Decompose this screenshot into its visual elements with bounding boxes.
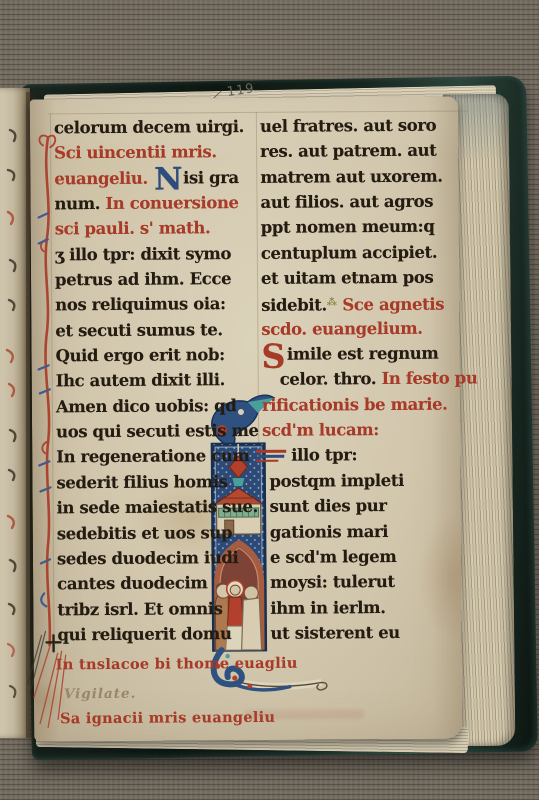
text-line: aut filios. aut agros (260, 189, 460, 216)
text-line: et uitam etnam pos (261, 265, 461, 292)
text-segment: Sce agnetis (337, 295, 444, 315)
text-line: uel fratres. aut soro (260, 112, 460, 139)
text-line: et secuti sumus te. (55, 317, 259, 344)
text-line: rificationis be marie. (262, 391, 462, 418)
text-line: qui reliquerit domu (57, 621, 261, 648)
manuscript-page: celorum decem uirgi.Sci uincentii mris.e… (30, 97, 462, 742)
text-segment: petrus ad ihm. Ecce (55, 269, 231, 289)
text-segment: Sci uincentii mris. (54, 143, 217, 163)
text-segment: centuplum accipiet. (261, 242, 437, 262)
text-segment: num. (54, 194, 105, 213)
text-line: sedebitis et uos sup (57, 519, 261, 546)
text-segment: et uitam etnam pos (261, 268, 433, 288)
text-line: cantes duodecim (57, 570, 261, 597)
text-segment: Ihc autem dixit illi. (56, 371, 225, 391)
text-line: Simile est regnum (261, 341, 461, 368)
text-segment: tribz isrl. Et omnis (57, 599, 222, 619)
text-line: Quid ergo erit nob: (55, 342, 259, 369)
text-line: celor. thro. In festo pu (262, 366, 462, 393)
text-segment: postqm impleti (269, 471, 404, 491)
text-segment: rificationis be marie. (262, 394, 448, 414)
text-segment: scd'm lucam: (262, 420, 379, 440)
text-line: moysi: tulerut (263, 569, 463, 596)
text-line: sidebit.⁂ Sce agnetis (261, 290, 461, 317)
text-line: nos reliquimus oia: (55, 291, 259, 318)
text-segment: sedebitis et uos sup (57, 523, 232, 543)
text-segment: gationis mari (270, 522, 388, 542)
text-segment: nos reliquimus oia: (55, 295, 226, 315)
text-segment: Sa ignacii mris euangeliu (60, 709, 275, 728)
text-segment: qui reliquerit domu (57, 624, 231, 644)
text-line: gationis mari (263, 518, 463, 545)
text-segment: celor. thro. (280, 369, 382, 389)
added-rubric-line: In tnslacoe bi thome euagliu (56, 650, 298, 677)
text-segment: ihm in ierlm. (270, 598, 385, 618)
text-line: tribz isrl. Et omnis (57, 595, 261, 622)
text-segment: e scd'm legem (270, 547, 397, 567)
text-line: sedes duodecim iudi (57, 545, 261, 572)
text-line: ʒ illo tpr: dixit symo (55, 241, 259, 268)
text-line: sunt dies pur (263, 493, 463, 520)
text-segment: et secuti sumus te. (55, 320, 223, 340)
text-segment: moysi: tulerut (270, 572, 395, 592)
text-segment: ʒ illo tpr: dixit symo (55, 244, 231, 264)
text-segment: uos qui secuti estis me (56, 421, 259, 441)
text-line: scd'm lucam: (262, 417, 462, 444)
text-line: centuplum accipiet. (261, 239, 461, 266)
text-segment: scdo. euangelium. (261, 319, 422, 339)
text-column-right: uel fratres. aut sorores. aut patrem. au… (260, 112, 464, 646)
manuscript-photo: 119 (0, 0, 539, 800)
text-line: petrus ad ihm. Ecce (55, 266, 259, 293)
text-segment: imile est regnum (287, 344, 439, 364)
text-segment: sunt dies pur (270, 496, 387, 516)
text-line: ihm in ierlm. (263, 594, 463, 621)
text-segment: sidebit. (261, 296, 327, 315)
text-segment: illo tpr: (291, 446, 357, 465)
text-line: euangeliu. Nisi gra (54, 165, 258, 192)
text-segment: sci pauli. s' math. (55, 219, 211, 239)
faded-text-smudge (244, 709, 364, 720)
text-line: sederit filius homis (56, 469, 260, 496)
added-rubric-line: Sa ignacii mris euangeliu (60, 704, 275, 731)
text-line: ut sisterent eu (263, 619, 463, 646)
text-line: scdo. euangelium. (261, 315, 461, 342)
text-segment: uel fratres. aut soro (260, 116, 436, 136)
faded-pen-trial-text: Vigilate. (64, 680, 137, 706)
text-segment: in sede maiestatis sue. (57, 497, 258, 517)
text-line: Ihc autem dixit illi. (56, 367, 260, 394)
text-line: res. aut patrem. aut (260, 138, 460, 165)
text-segment: isi gra (183, 168, 239, 187)
text-segment: In tnslacoe bi thome euagliu (56, 655, 298, 674)
text-line: uos qui secuti estis me (56, 418, 260, 445)
text-segment: aut filios. aut agros (260, 192, 433, 212)
text-line: ppt nomen meum:q (261, 214, 461, 241)
text-column-left: celorum decem uirgi.Sci uincentii mris.e… (54, 114, 262, 648)
text-segment: In regeneratione cum (56, 446, 249, 466)
text-line: Amen dico uobis: qd (56, 393, 260, 420)
text-line: illo tpr: (256, 442, 462, 469)
text-line: in sede maiestatis sue. (57, 494, 261, 521)
text-segment: In conuersione (105, 193, 238, 213)
text-segment: sedes duodecim iudi (57, 548, 239, 568)
text-segment: In festo pu (381, 369, 477, 389)
line-filler-ornament (256, 449, 286, 462)
text-line: sci pauli. s' math. (55, 215, 259, 242)
text-line: e scd'm legem (263, 543, 463, 570)
text-segment: Vigilate. (64, 686, 136, 703)
text-segment: Quid ergo erit nob: (55, 345, 224, 365)
text-line: In regeneratione cum (56, 443, 260, 470)
text-segment: ppt nomen meum:q (261, 217, 435, 237)
text-line: num. In conuersione (54, 190, 258, 217)
text-segment: ⁂ (327, 298, 337, 309)
text-line: postqm impleti (262, 467, 462, 494)
text-segment: celorum decem uirgi. (54, 117, 244, 137)
text-segment: sederit filius homis (56, 472, 227, 492)
text-segment: cantes duodecim (57, 573, 207, 593)
text-segment: res. aut patrem. aut (260, 141, 436, 161)
text-line: matrem aut uxorem. (260, 163, 460, 190)
text-segment: euangeliu. (54, 168, 153, 188)
text-segment: Amen dico uobis: qd (56, 396, 237, 416)
text-segment: ut sisterent eu (270, 623, 400, 643)
text-line: celorum decem uirgi. (54, 114, 258, 141)
text-segment: matrem aut uxorem. (260, 166, 442, 186)
